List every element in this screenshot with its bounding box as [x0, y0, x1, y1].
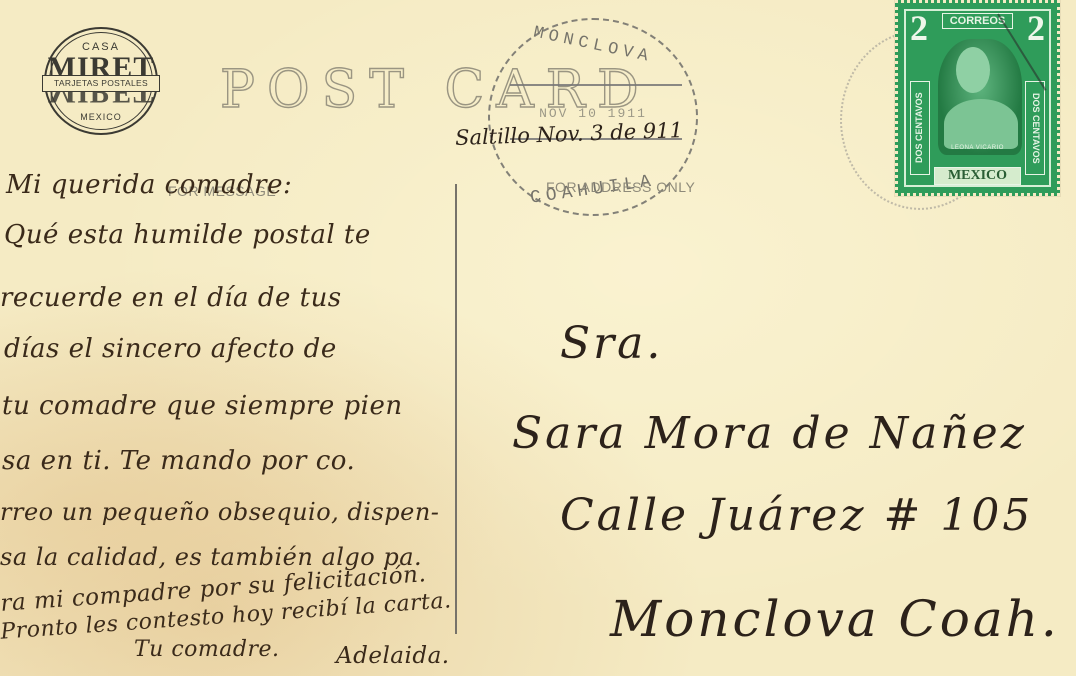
stamp-portrait-bust [944, 99, 1018, 149]
message-signature: Adelaida. [336, 643, 450, 669]
address-salutation: Sra. [560, 318, 663, 369]
center-divider-line [455, 184, 457, 634]
publisher-logo: CASA MIRET MIRET TARJETAS POSTALES MEXIC… [44, 27, 158, 135]
stamp-side-text-right: DOS CENTAVOS [1025, 81, 1045, 175]
postcard-back: CASA MIRET MIRET TARJETAS POSTALES MEXIC… [0, 0, 1076, 676]
address-city: Monclova Coah. [610, 590, 1060, 648]
address-recipient-name: Sara Mora de Nañez [512, 408, 1027, 459]
message-line: rreo un pequeño obsequio, dispen- [0, 498, 439, 526]
stamp-country-text: MEXICO [934, 167, 1021, 185]
stamp-portrait-head [956, 47, 990, 93]
postmark-city: MONCLOVA [490, 15, 695, 76]
message-closing: Tu comadre. [134, 637, 280, 662]
message-line: días el sincero afecto de [4, 334, 337, 364]
stamp-side-text-left: DOS CENTAVOS [910, 81, 930, 175]
message-line: tu comadre que siempre pien [2, 391, 403, 421]
for-address-label: FOR ADDRESS ONLY [546, 179, 695, 195]
message-line: recuerde en el día de tus [0, 283, 342, 313]
message-line: Qué esta humilde postal te [4, 220, 371, 250]
stamp-value-right: 2 [1027, 7, 1045, 49]
postage-stamp: 2 2 CORREOS DOS CENTAVOS DOS CENTAVOS LE… [895, 0, 1060, 196]
logo-band-text: TARJETAS POSTALES [42, 75, 160, 92]
message-line: sa en ti. Te mando por co. [2, 446, 355, 476]
stamp-portrait-name: LEONA VICARIO [936, 145, 1019, 151]
address-street: Calle Juárez # 105 [560, 490, 1033, 541]
message-line: Mi querida comadre: [6, 170, 292, 200]
postmark-bar [510, 84, 682, 86]
stamp-value-left: 2 [910, 7, 928, 49]
logo-mexico-text: MEXICO [46, 112, 156, 122]
